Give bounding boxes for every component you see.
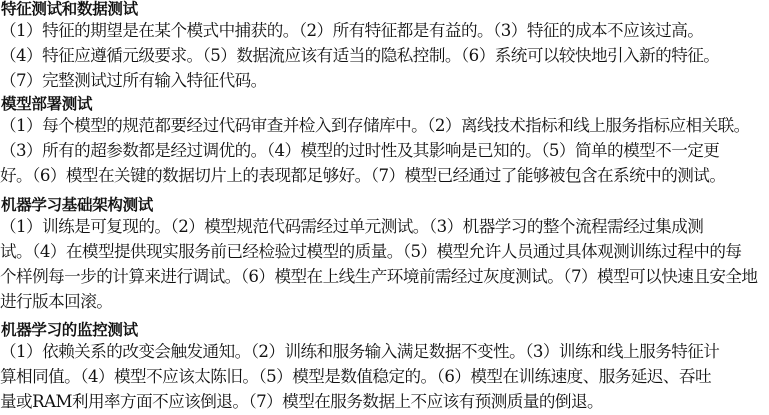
section-title: 机器学习的监控测试 (0, 321, 768, 339)
text-line: （3）所有的超参数都是经过调优的。（4）模型的过时性及其影响是已知的。（5）简单… (0, 138, 768, 163)
text-line: 试。（4）在模型提供现实服务前已经检验过模型的质量。（5）模型允许人员通过具体观… (0, 239, 768, 264)
section-body: （1）依赖关系的改变会触发通知。（2）训练和服务输入满足数据不变性。（3）训练和… (0, 339, 768, 414)
text-line: （4）特征应遵循元级要求。（5）数据流应该有适当的隐私控制。（6）系统可以较快地… (0, 43, 768, 68)
section-title: 机器学习基础架构测试 (0, 196, 768, 214)
text-line: （1）训练是可复现的。（2）模型规范代码需经过单元测试。（3）机器学习的整个流程… (0, 214, 768, 239)
text-line: 量或RAM利用率方面不应该倒退。（7）模型在服务数据上不应该有预测质量的倒退。 (0, 389, 768, 414)
text-line: （1）每个模型的规范都要经过代码审查并检入到存储库中。（2）离线技术指标和线上服… (0, 113, 768, 138)
text-line: 个样例每一步的计算来进行调试。（6）模型在上线生产环境前需经过灰度测试。（7）模… (0, 264, 768, 289)
text-line: （1）特征的期望是在某个模式中捕获的。（2）所有特征都是有益的。（3）特征的成本… (0, 18, 768, 43)
text-line: （1）依赖关系的改变会触发通知。（2）训练和服务输入满足数据不变性。（3）训练和… (0, 339, 768, 364)
text-line: （7）完整测试过所有输入特征代码。 (0, 68, 768, 93)
section-title: 模型部署测试 (0, 95, 768, 113)
section-ml-infrastructure-testing: 机器学习基础架构测试 （1）训练是可复现的。（2）模型规范代码需经过单元测试。（… (0, 196, 768, 314)
text-line: 进行版本回滚。 (0, 289, 768, 314)
section-feature-data-testing: 特征测试和数据测试 （1）特征的期望是在某个模式中捕获的。（2）所有特征都是有益… (0, 0, 768, 93)
section-ml-monitoring-testing: 机器学习的监控测试 （1）依赖关系的改变会触发通知。（2）训练和服务输入满足数据… (0, 321, 768, 414)
section-body: （1）训练是可复现的。（2）模型规范代码需经过单元测试。（3）机器学习的整个流程… (0, 214, 768, 314)
section-model-deployment-testing: 模型部署测试 （1）每个模型的规范都要经过代码审查并检入到存储库中。（2）离线技… (0, 95, 768, 188)
section-body: （1）特征的期望是在某个模式中捕获的。（2）所有特征都是有益的。（3）特征的成本… (0, 18, 768, 93)
text-line: 好。（6）模型在关键的数据切片上的表现都足够好。（7）模型已经通过了能够被包含在… (0, 163, 768, 188)
section-title: 特征测试和数据测试 (0, 0, 768, 18)
section-body: （1）每个模型的规范都要经过代码审查并检入到存储库中。（2）离线技术指标和线上服… (0, 113, 768, 188)
text-line: 算相同值。（4）模型不应该太陈旧。（5）模型是数值稳定的。（6）模型在训练速度、… (0, 364, 768, 389)
document-page: 特征测试和数据测试 （1）特征的期望是在某个模式中捕获的。（2）所有特征都是有益… (0, 0, 769, 415)
